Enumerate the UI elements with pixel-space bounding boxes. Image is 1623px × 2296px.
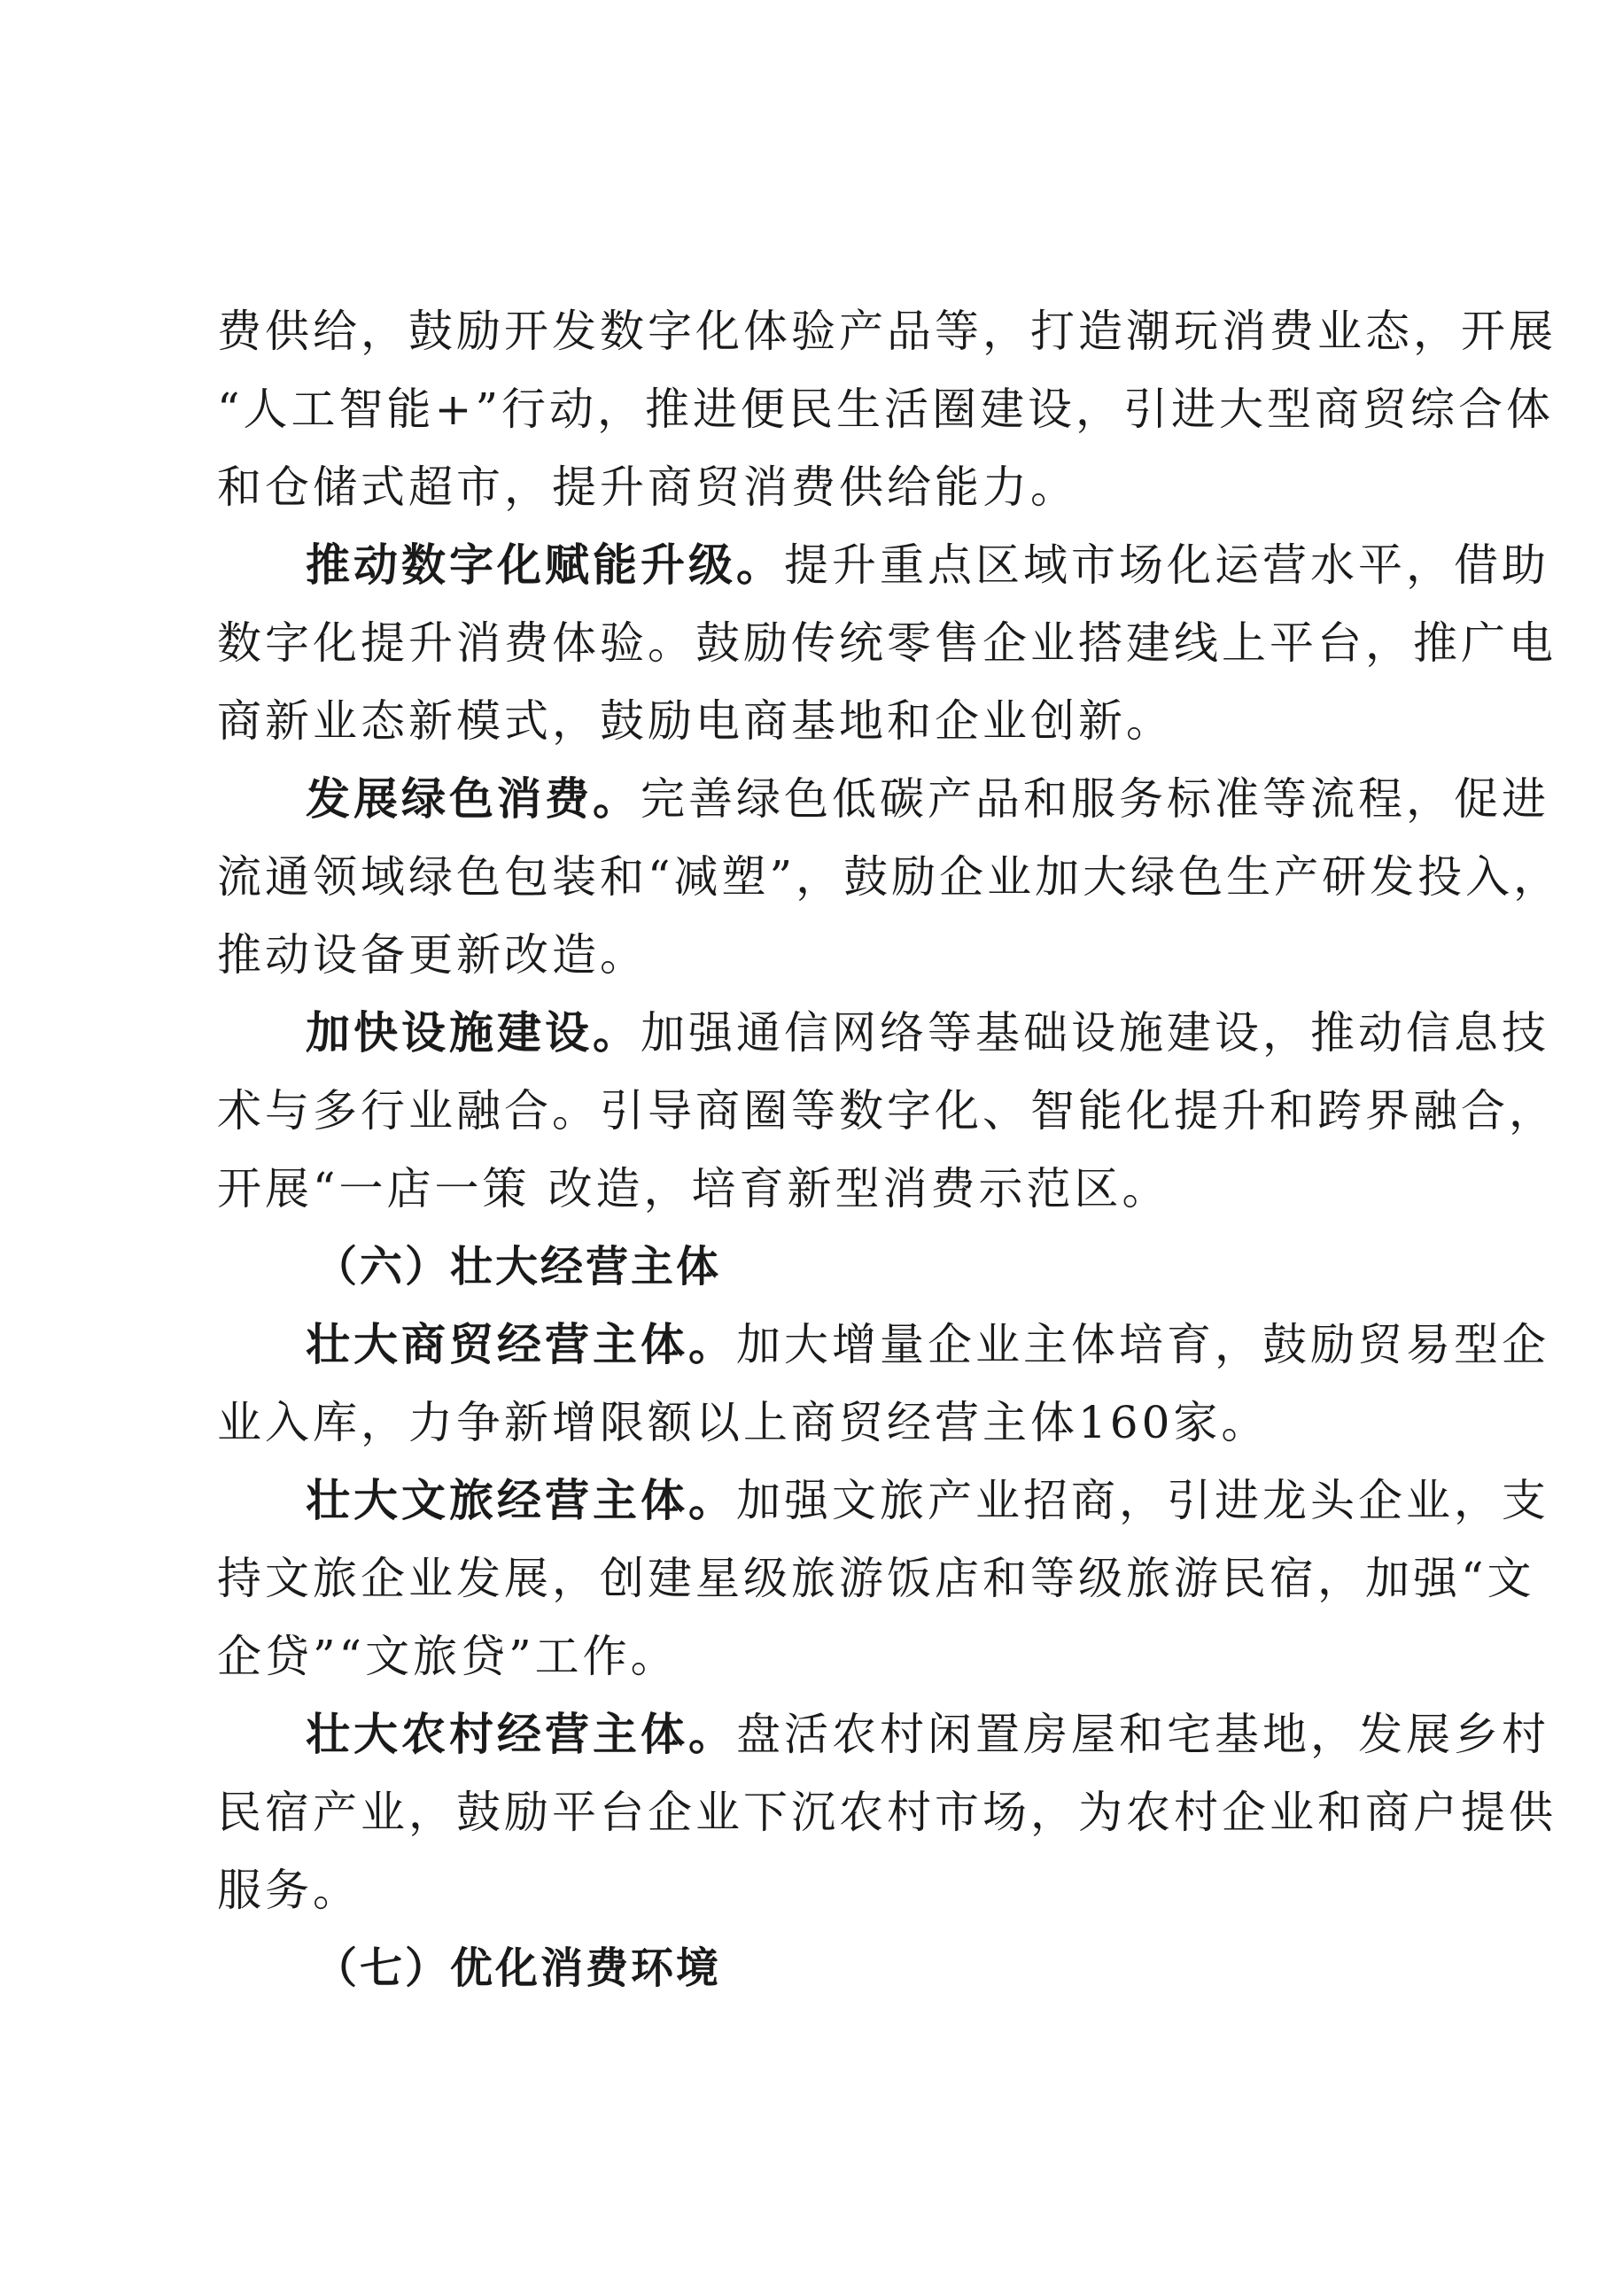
body-line: 和仓储式超市，提升商贸消费供给能力。 [217,448,1409,526]
body-line: 开展“一店一策 改造，培育新型消费示范区。 [217,1150,1409,1228]
body-line: “人工智能+”行动，推进便民生活圈建设，引进大型商贸综合体 [217,370,1409,448]
paragraph-text: 提升重点区域市场化运营水平，借助 [784,539,1549,591]
paragraph-first-line: 推动数字化赋能升级。提升重点区域市场化运营水平，借助 [217,526,1409,604]
body-line: 民宿产业，鼓励平台企业下沉农村市场，为农村企业和商户提供 [217,1773,1409,1851]
paragraph-first-line: 壮大文旅经营主体。加强文旅产业招商，引进龙头企业，支 [217,1462,1409,1540]
paragraph-lead: 壮大商贸经营主体。 [306,1319,736,1370]
paragraph-first-line: 壮大商贸经营主体。加大增量企业主体培育，鼓励贸易型企 [217,1306,1409,1384]
body-line: 数字化提升消费体验。鼓励传统零售企业搭建线上平台，推广电 [217,604,1409,682]
paragraph-first-line: 发展绿色消费。完善绿色低碳产品和服务标准等流程，促进 [217,760,1409,838]
body-line: 推动设备更新改造。 [217,916,1409,994]
paragraph-lead: 壮大农村经营主体。 [306,1709,736,1760]
paragraph-first-line: 加快设施建设。加强通信网络等基础设施建设，推动信息技 [217,994,1409,1072]
body-line: 流通领域绿色包装和“减塑”，鼓励企业加大绿色生产研发投入， [217,838,1409,916]
body-line: 持文旅企业发展，创建星级旅游饭店和等级旅游民宿，加强“文 [217,1540,1409,1617]
paragraph-text: 完善绿色低碳产品和服务标准等流程，促进 [641,773,1549,825]
paragraph-text: 加大增量企业主体培育，鼓励贸易型企 [736,1319,1549,1370]
paragraph-text: 盘活农村闲置房屋和宅基地，发展乡村 [736,1709,1549,1760]
section-heading: （六）壮大经营主体 [217,1228,1409,1306]
body-line: 商新业态新模式，鼓励电商基地和企业创新。 [217,682,1409,760]
body-line: 业入库，力争新增限额以上商贸经营主体160家。 [217,1384,1409,1462]
paragraph-lead: 推动数字化赋能升级。 [306,539,784,591]
section-heading: （七）优化消费环境 [217,1929,1409,2007]
document-page: 费供给，鼓励开发数字化体验产品等，打造潮玩消费业态，开展 “人工智能+”行动，推… [217,292,1409,2007]
paragraph-lead: 壮大文旅经营主体。 [306,1475,736,1526]
body-line: 术与多行业融合。引导商圈等数字化、智能化提升和跨界融合， [217,1072,1409,1150]
paragraph-lead: 发展绿色消费。 [306,773,641,825]
body-line: 服务。 [217,1851,1409,1929]
body-line: 企贷”“文旅贷”工作。 [217,1617,1409,1695]
paragraph-lead: 加快设施建设。 [306,1007,641,1059]
paragraph-first-line: 壮大农村经营主体。盘活农村闲置房屋和宅基地，发展乡村 [217,1695,1409,1773]
paragraph-text: 加强文旅产业招商，引进龙头企业，支 [736,1475,1549,1526]
paragraph-text: 加强通信网络等基础设施建设，推动信息技 [641,1007,1549,1059]
body-line: 费供给，鼓励开发数字化体验产品等，打造潮玩消费业态，开展 [217,292,1409,370]
